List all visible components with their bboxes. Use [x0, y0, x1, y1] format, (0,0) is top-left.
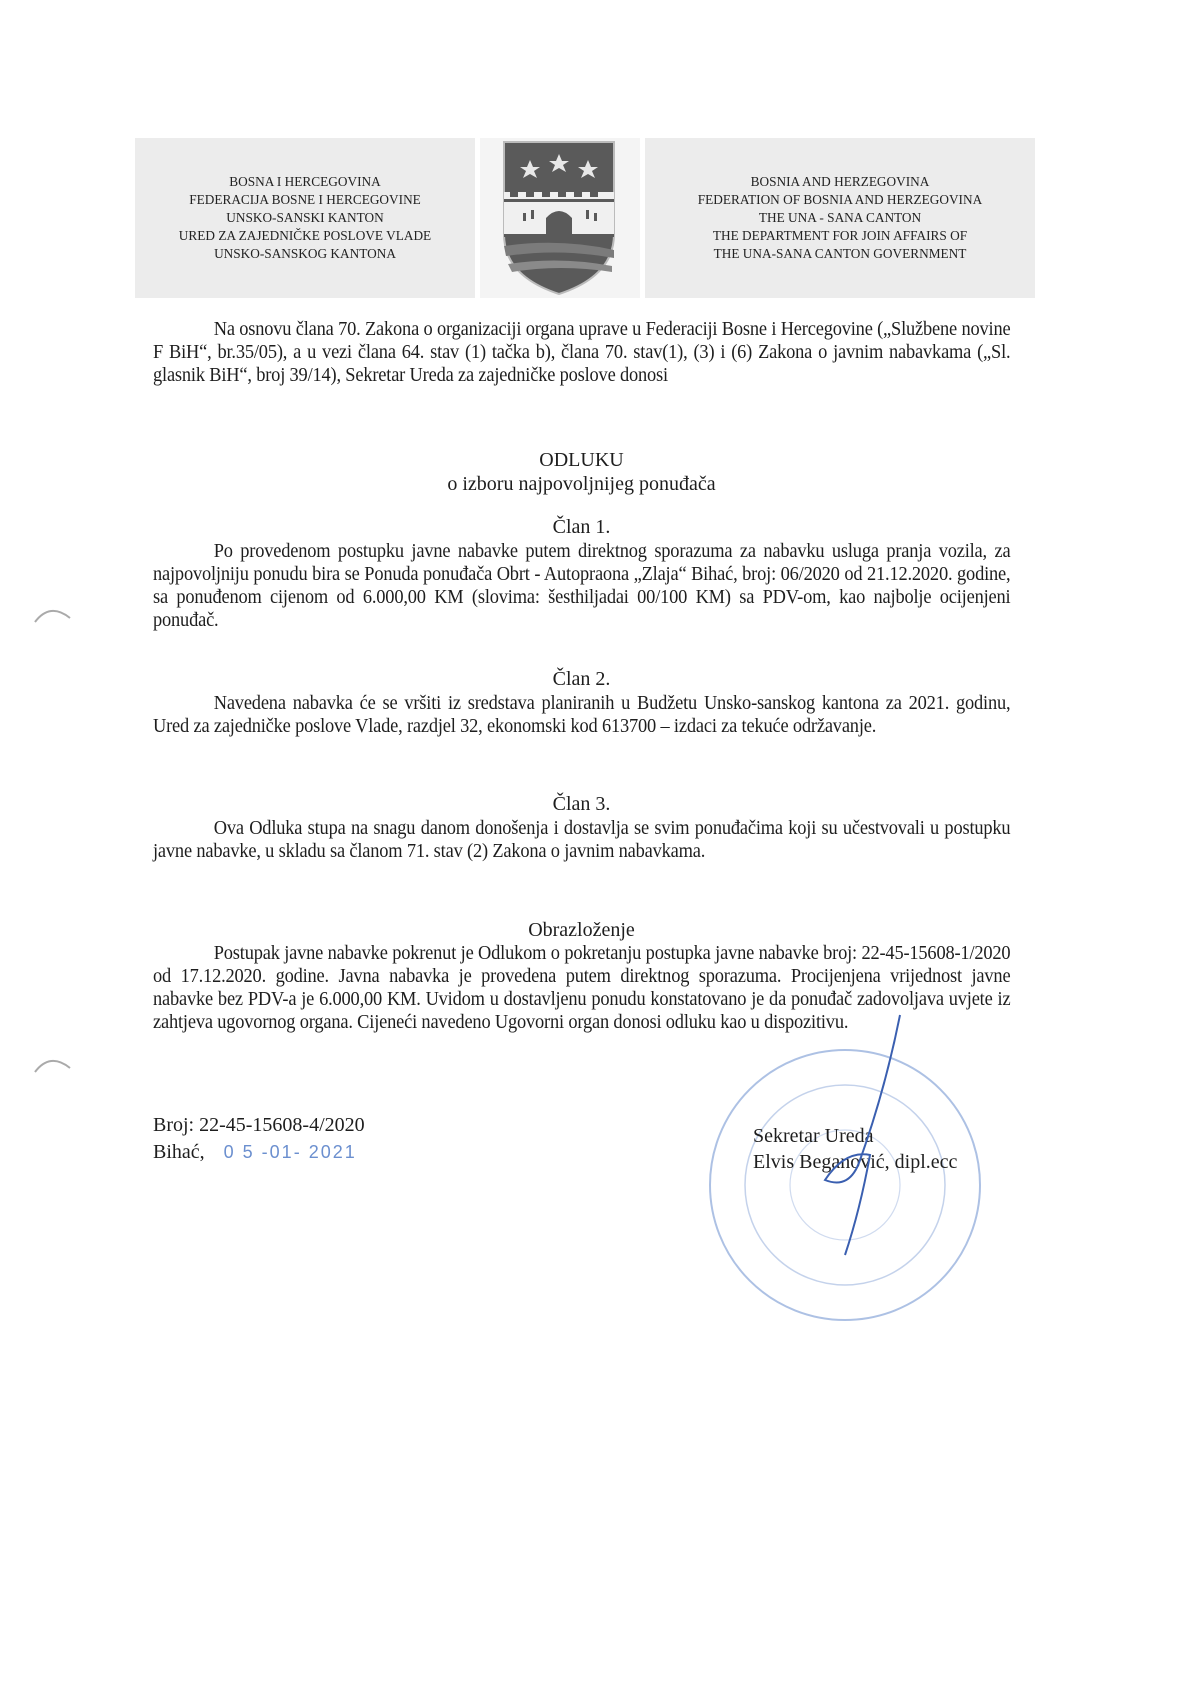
place-date: Bihać, 0 5 -01- 2021 — [153, 1140, 357, 1165]
article-2-text: Navedena nabavka će se vršiti iz sredsta… — [153, 692, 1010, 738]
article-3: Ova Odluka stupa na snagu danom donošenj… — [153, 817, 1010, 863]
official-stamp-icon — [700, 1040, 990, 1330]
letterhead-english: BOSNIA AND HERZEGOVINA FEDERATION OF BOS… — [645, 138, 1035, 298]
letterhead-line: FEDERATION OF BOSNIA AND HERZEGOVINA — [698, 191, 982, 209]
article-3-heading: Član 3. — [153, 792, 1010, 816]
article-2-heading: Član 2. — [153, 667, 1010, 691]
preamble: Na osnovu člana 70. Zakona o organizacij… — [153, 318, 1010, 387]
coat-of-arms-icon — [480, 138, 640, 298]
document-number: Broj: 22-45-15608-4/2020 — [153, 1113, 365, 1138]
signatory-name: Elvis Beganović, dipl.ecc — [753, 1149, 957, 1175]
preamble-text: Na osnovu člana 70. Zakona o organizacij… — [153, 318, 1010, 387]
letterhead-line: THE UNA - SANA CANTON — [759, 209, 921, 227]
article-1-heading: Član 1. — [153, 515, 1010, 539]
article-3-text: Ova Odluka stupa na snagu danom donošenj… — [153, 817, 1010, 863]
punch-hole-mark-icon — [30, 600, 80, 630]
letterhead-line: FEDERACIJA BOSNE I HERCEGOVINE — [189, 191, 421, 209]
signature-block: Sekretar Ureda Elvis Beganović, dipl.ecc — [753, 1123, 957, 1175]
letterhead-line: THE DEPARTMENT FOR JOIN AFFAIRS OF — [713, 227, 967, 245]
letterhead-line: UNSKO-SANSKOG KANTONA — [214, 245, 396, 263]
justification: Postupak javne nabavke pokrenut je Odluk… — [153, 942, 1010, 1034]
article-2: Navedena nabavka će se vršiti iz sredsta… — [153, 692, 1010, 738]
letterhead-line: UNSKO-SANSKI KANTON — [226, 209, 383, 227]
letterhead: BOSNA I HERCEGOVINA FEDERACIJA BOSNE I H… — [135, 138, 1035, 298]
letterhead-line: BOSNA I HERCEGOVINA — [229, 173, 380, 191]
decision-title: ODLUKU — [153, 448, 1010, 472]
letterhead-line: BOSNIA AND HERZEGOVINA — [751, 173, 930, 191]
letterhead-line: THE UNA-SANA CANTON GOVERNMENT — [714, 245, 967, 263]
signatory-title: Sekretar Ureda — [753, 1123, 957, 1149]
decision-subtitle: o izboru najpovoljnijeg ponuđača — [153, 472, 1010, 496]
article-1: Po provedenom postupku javne nabavke put… — [153, 540, 1010, 632]
justification-text: Postupak javne nabavke pokrenut je Odluk… — [153, 942, 1010, 1034]
letterhead-line: URED ZA ZAJEDNIČKE POSLOVE VLADE — [179, 227, 431, 245]
letterhead-local: BOSNA I HERCEGOVINA FEDERACIJA BOSNE I H… — [135, 138, 475, 298]
justification-heading: Obrazloženje — [153, 918, 1010, 942]
stamped-date: 0 5 -01- 2021 — [224, 1142, 357, 1162]
article-1-text: Po provedenom postupku javne nabavke put… — [153, 540, 1010, 632]
punch-hole-mark-icon — [30, 1050, 80, 1080]
place-label: Bihać, — [153, 1141, 205, 1163]
